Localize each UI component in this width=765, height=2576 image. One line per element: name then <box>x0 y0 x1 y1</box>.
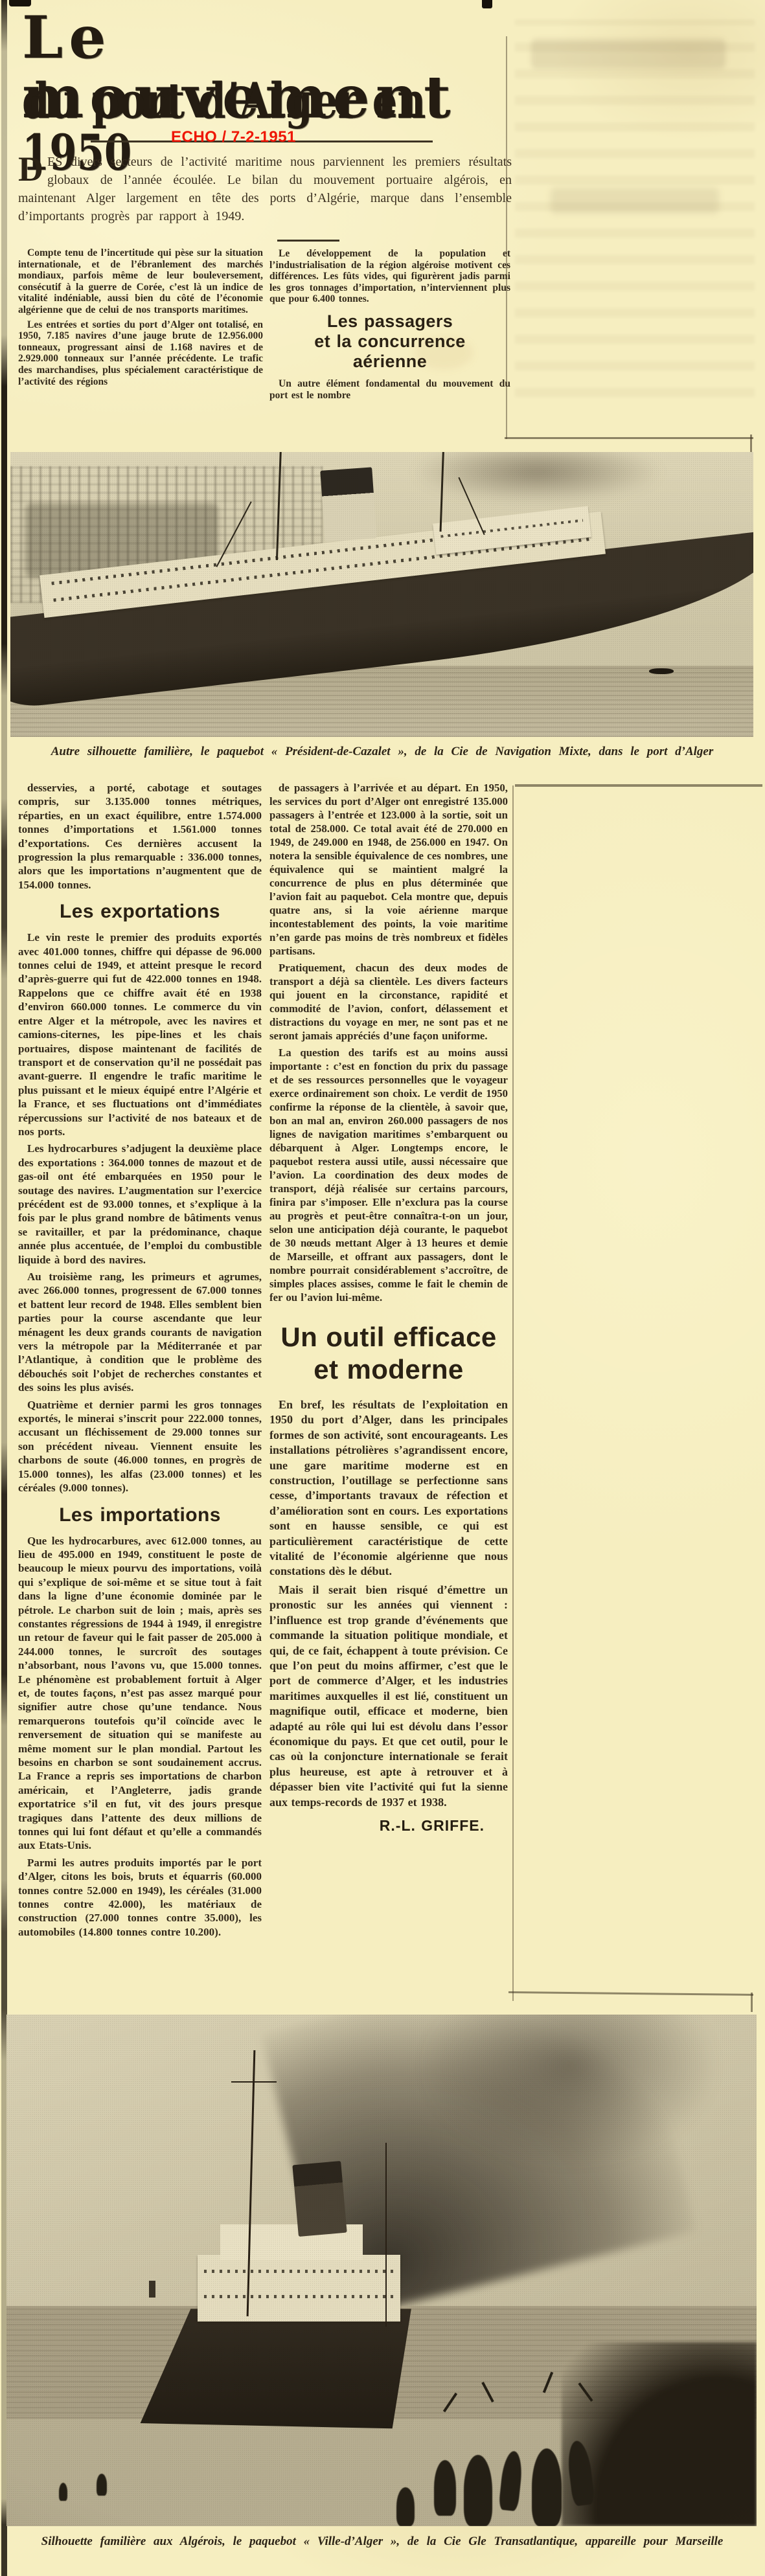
paragraph: La question des tarifs est au moins auss… <box>269 1046 508 1304</box>
paragraph: Au troisième rang, les primeurs et agrum… <box>18 1270 262 1395</box>
paragraph: Les entrées et sorties du port d’Alger o… <box>18 319 263 388</box>
ship-superstructure <box>198 2255 400 2322</box>
column-body-left: desservies, a porté, cabotage et soutage… <box>18 781 262 2008</box>
paragraph: En bref, les résultats de l’exploitation… <box>269 1397 508 1579</box>
paragraph: Le vin reste le premier des produits exp… <box>18 931 262 1138</box>
mast-yard <box>231 2081 276 2083</box>
archive-date-stamp: ECHO / 7-2-1951 <box>171 128 443 146</box>
column-rule <box>506 36 507 439</box>
spectator-silhouette <box>434 2460 456 2516</box>
lead-text: ES divers secteurs de l’activité maritim… <box>18 155 512 223</box>
paragraph: Que les hydrocarbures, avec 612.000 tonn… <box>18 1534 262 1853</box>
subheading-passagers: aérienne <box>269 352 510 372</box>
newspaper-clipping: Le mouvement du port d’Alger en 1950 ECH… <box>0 0 765 2576</box>
paragraph: de passagers à l’arrivée et au départ. E… <box>269 781 508 958</box>
section-divider-dash <box>277 240 339 242</box>
ink-bleedthrough <box>551 188 719 214</box>
subheading-passagers: et la concurrence <box>269 332 510 352</box>
stern-flag <box>149 2281 155 2298</box>
layout-rule <box>508 1991 753 1996</box>
ship-funnel <box>292 2161 347 2237</box>
lead-paragraph: DES divers secteurs de l’activité mariti… <box>18 153 512 225</box>
smoke-haze <box>411 452 664 503</box>
photo1-caption: Autre silhouette familière, le paquebot … <box>39 745 725 759</box>
paragraph: Compte tenu de l’incertitude qui pèse su… <box>18 247 263 316</box>
ship-mast <box>385 2143 387 2327</box>
closing-paragraphs: En bref, les résultats de l’exploitation… <box>269 1397 508 1810</box>
heading-exportations: Les exportations <box>18 901 262 923</box>
ink-bleedthrough <box>515 19 755 414</box>
heading-importations: Les importations <box>18 1504 262 1526</box>
paragraph: Les hydrocarbures s’adjugent la deuxième… <box>18 1142 262 1267</box>
photo2-caption: Silhouette familière aux Algérois, le pa… <box>26 2535 738 2549</box>
ship-funnel <box>320 468 377 542</box>
paragraph: Le développement de la population et l’i… <box>269 248 510 305</box>
paragraph: Mais il serait bien risqué d’émettre un … <box>269 1583 508 1810</box>
spectator-silhouette <box>464 2455 492 2526</box>
subheading-passagers: Les passagers <box>269 311 510 332</box>
paragraph: Un autre élément fondamental du mouvemen… <box>269 378 510 401</box>
photo-paquebot-ville-d-alger <box>6 2015 757 2526</box>
paragraph: desservies, a porté, cabotage et soutage… <box>18 781 262 892</box>
paragraph: Quatrième et dernier parmi les gros tonn… <box>18 1398 262 1495</box>
heading-outil-efficace: et moderne <box>269 1353 508 1386</box>
spectator-silhouette <box>97 2474 107 2496</box>
author-signature: R.-L. GRIFFE. <box>269 1819 485 1833</box>
paragraph: Parmi les autres produits importés par l… <box>18 1856 262 1939</box>
paragraph: Pratiquement, chacun des deux modes de t… <box>269 961 508 1043</box>
column-top-right: Le développement de la population et l’i… <box>269 237 510 443</box>
layout-rule <box>750 435 752 453</box>
spectator-silhouette <box>532 2448 562 2526</box>
column-rule <box>512 785 514 2001</box>
ink-bleedthrough <box>531 39 725 69</box>
spectator-silhouette <box>59 2483 67 2501</box>
photo-paquebot-president-de-cazalet <box>10 452 753 737</box>
column-body-right: de passagers à l’arrivée et au départ. E… <box>269 781 508 2008</box>
spectator-silhouette <box>396 2487 415 2526</box>
layout-rule <box>505 437 753 439</box>
drop-cap: D <box>18 154 43 184</box>
heading-outil-efficace: Un outil efficace <box>269 1321 508 1353</box>
layout-rule <box>515 784 762 787</box>
funnel-smoke <box>419 2015 719 2168</box>
layout-rule <box>751 1993 753 2012</box>
column-top-left: Compte tenu de l’incertitude qui pèse su… <box>18 247 263 443</box>
